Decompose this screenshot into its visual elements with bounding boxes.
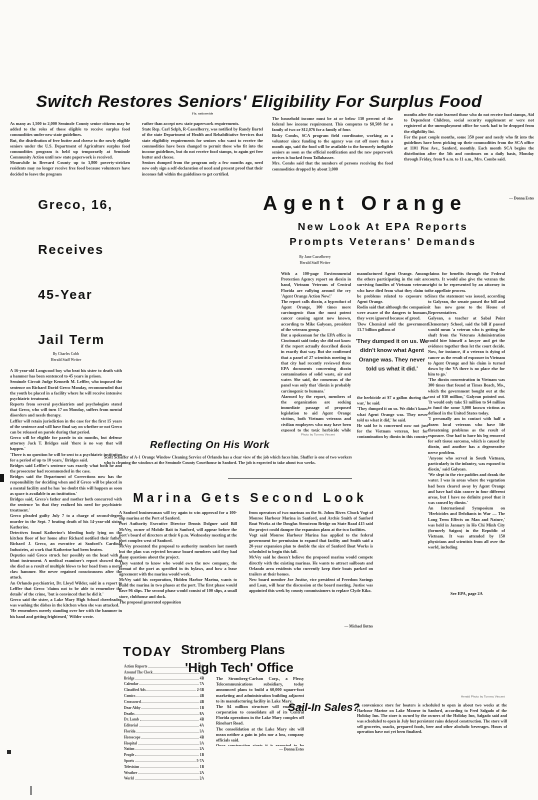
stromberg-headline-line-1: Stromberg Plans xyxy=(181,642,285,657)
marina-signoff: — Michael Bettes xyxy=(249,624,373,632)
leader-dots xyxy=(154,673,199,674)
lead-column-1: As many as 1,500 to 2,000 Seminole Count… xyxy=(10,121,130,203)
index-page: 2A xyxy=(200,776,204,782)
agent-orange-column-1-text: With a 100-page Environmental Protection… xyxy=(281,271,351,432)
lead-column-3-text: The household income must be at or below… xyxy=(272,116,393,172)
agent-orange-column-3-text: claims for benefits through the Federal … xyxy=(428,271,505,550)
sail-in-caption: A convenience store for boaters is sched… xyxy=(357,703,507,751)
agent-orange-column-2-upper-text: manufactured Agent Orange. Among the oth… xyxy=(357,271,428,332)
greco-body-text: A 16-year-old Longwood boy who beat his … xyxy=(10,368,122,619)
leader-dots xyxy=(140,720,199,721)
leader-dots xyxy=(142,702,199,703)
agent-orange-headline: Agent Orange xyxy=(240,193,490,216)
agent-orange-jump-line: See EPA, page 2A xyxy=(428,591,505,600)
greco-headline-line-1: Greco, 16, xyxy=(38,197,113,212)
agent-orange-jump-line-text: See EPA, page 2A xyxy=(428,591,505,596)
leader-dots xyxy=(147,691,196,692)
greco-headline-line-3: 45-Year xyxy=(38,287,93,302)
leader-dots xyxy=(139,726,199,727)
agent-orange-deck-line-2: Prompts Veterans' Demands xyxy=(240,236,526,248)
lead-column-2-text: rather than accept new state paperwork r… xyxy=(142,121,263,177)
photo-caption-title: Reflecting On His Work xyxy=(150,440,270,451)
sail-in-headline: Sail-In Sales? xyxy=(288,702,360,714)
lead-kicker: Fla. nationwide xyxy=(142,112,263,119)
agent-orange-byline-title: Herald Staff Writer xyxy=(281,261,349,267)
today-index-item: World2A xyxy=(124,776,204,782)
agent-orange-byline-text: By Jane Casselberry xyxy=(281,255,349,260)
sail-in-caption-text: A convenience store for boaters is sched… xyxy=(357,703,507,735)
lead-column-4-text: months after the state learned those who… xyxy=(404,112,534,162)
scan-artifact xyxy=(7,750,11,754)
leader-dots xyxy=(142,708,199,709)
caption-rule xyxy=(228,478,352,479)
leader-dots xyxy=(141,738,199,739)
photo-caption-credit-text: Photo by Tommy Vincent xyxy=(235,433,335,437)
agent-orange-pull-quote-text: 'They dumped it on us. We didn't know wh… xyxy=(353,337,431,374)
agent-orange-column-2-lower-text: the herbicide at $7 a gallon during the … xyxy=(357,395,428,439)
greco-headline-line-4: Jail Term xyxy=(38,332,105,347)
leader-dots xyxy=(136,732,198,733)
marina-column-2: from operators of two marinas on the St.… xyxy=(249,510,373,622)
stromberg-signoff: — Donna Estes xyxy=(216,747,304,755)
greco-byline-title-text: Herald Staff Writer xyxy=(10,358,122,363)
sail-in-credit: Herald Photo by Tommy Vincent xyxy=(400,695,505,701)
agent-orange-byline-title-text: Herald Staff Writer xyxy=(281,261,349,266)
sail-in-credit-text: Herald Photo by Tommy Vincent xyxy=(400,695,505,699)
lead-headline: Switch Restores Seniors' Eligibility For… xyxy=(36,92,482,112)
marina-headline: Marina Gets Second Look xyxy=(133,491,367,505)
marina-column-1: A Sanford businessman will try again to … xyxy=(119,510,237,636)
today-index-list: Action Reports10AAround The Clock4ABridg… xyxy=(124,664,204,782)
agent-orange-column-2-lower: the herbicide at $7 a gallon during the … xyxy=(357,395,428,439)
greco-byline-title: Herald Staff Writer xyxy=(10,358,122,364)
leader-dots xyxy=(148,667,197,668)
agent-orange-column-3: claims for benefits through the Federal … xyxy=(428,271,505,587)
index-label: World xyxy=(124,776,134,782)
leader-dots xyxy=(138,773,198,774)
scan-artifact xyxy=(0,474,4,482)
agent-orange-deck-line-1: New Look At EPA Reports xyxy=(240,221,526,233)
greco-headline-line-2: Receives xyxy=(38,242,104,257)
photo-caption-text: Scott Schaffer of A-1 Orange Window Clea… xyxy=(104,455,352,466)
stromberg-signoff-text: — Donna Estes xyxy=(216,747,304,752)
leader-dots xyxy=(139,685,198,686)
agent-orange-column-1: With a 100-page Environmental Protection… xyxy=(281,271,351,432)
greco-body: A 16-year-old Longwood boy who beat his … xyxy=(10,368,122,716)
lead-column-3: The household income must be at or below… xyxy=(272,116,393,204)
photo-caption-credit: Photo by Tommy Vincent xyxy=(235,433,335,439)
agent-orange-pull-quote: 'They dumped it on us. We didn't know wh… xyxy=(353,337,431,391)
lead-column-4: months after the state learned those who… xyxy=(404,112,534,196)
leader-dots xyxy=(135,750,198,751)
leader-dots xyxy=(135,779,199,780)
leader-dots xyxy=(136,714,199,715)
lead-column-1-text: As many as 1,500 to 2,000 Seminole Count… xyxy=(10,121,130,177)
leader-dots xyxy=(136,697,198,698)
newspaper-page: Switch Restores Seniors' Eligibility For… xyxy=(0,0,538,800)
lead-kicker-text: Fla. nationwide xyxy=(142,112,263,116)
marina-signoff-text: — Michael Bettes xyxy=(249,624,373,629)
leader-dots xyxy=(135,762,196,763)
scan-artifact xyxy=(30,786,32,795)
greco-byline-text: By Charles Cobb xyxy=(10,352,122,357)
today-section-title: TODAY xyxy=(123,644,172,659)
agent-orange-column-2-upper: manufactured Agent Orange. Among the oth… xyxy=(357,271,428,333)
today-index: Action Reports10AAround The Clock4ABridg… xyxy=(124,664,204,796)
marina-column-2-text: from operators of two marinas on the St.… xyxy=(249,510,373,594)
photo-caption: Scott Schaffer of A-1 Orange Window Clea… xyxy=(104,455,352,479)
leader-dots xyxy=(138,744,199,745)
marina-column-1-text: A Sanford businessman will try again to … xyxy=(119,510,237,605)
leader-dots xyxy=(135,756,199,757)
leader-dots xyxy=(140,767,199,768)
leader-dots xyxy=(135,679,198,680)
